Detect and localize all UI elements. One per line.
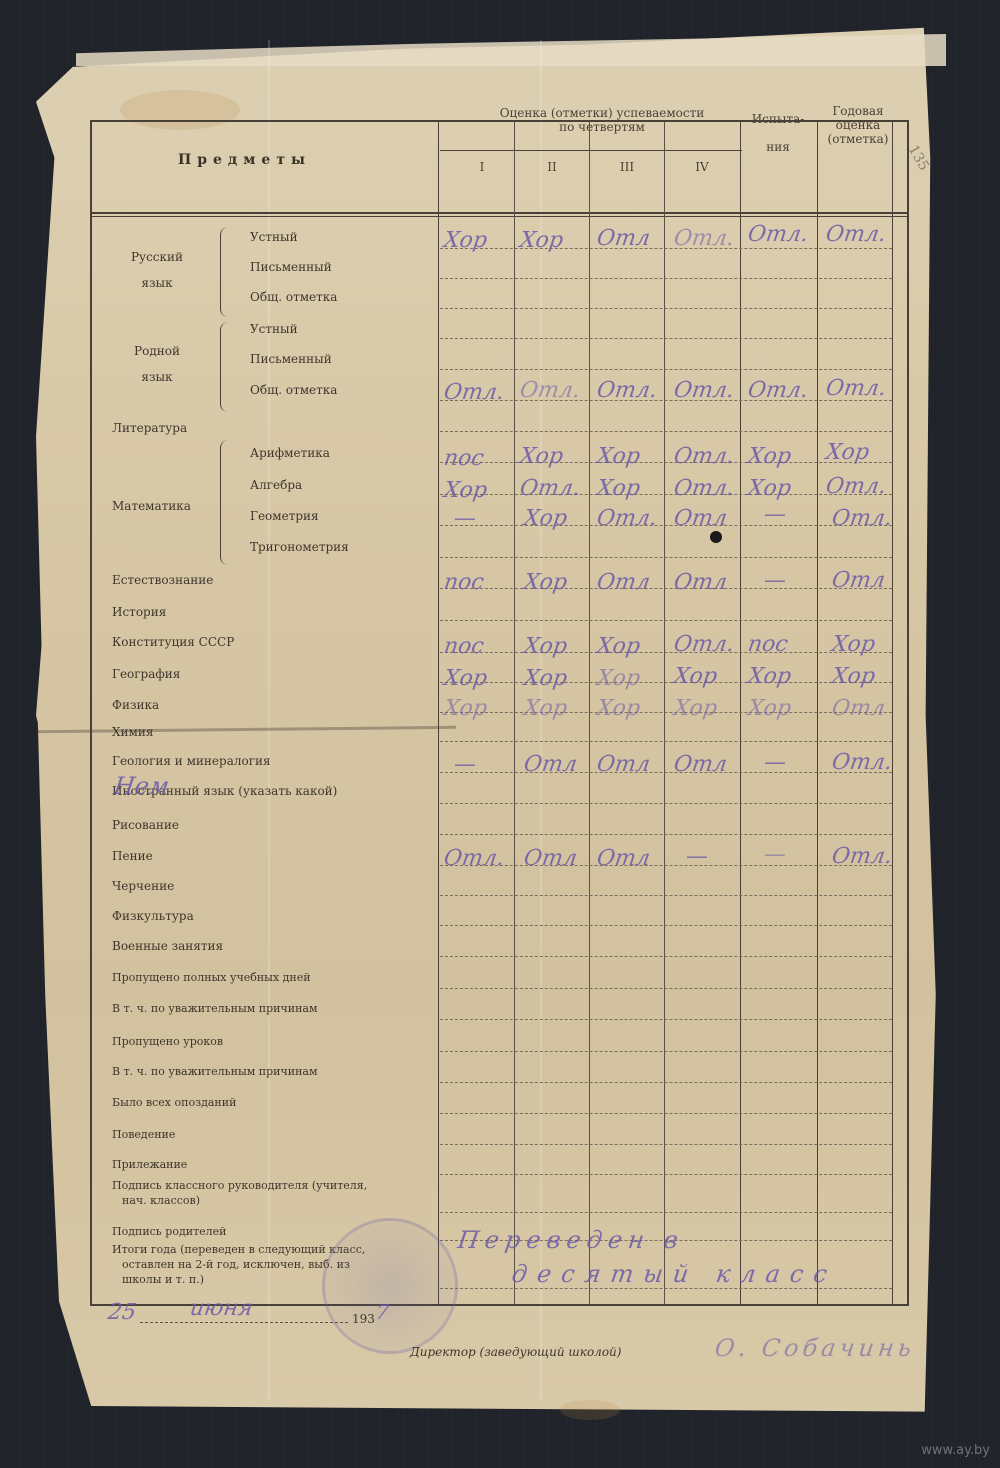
quarter-1-header: I — [442, 160, 522, 174]
grade-cell: пос — [746, 632, 789, 657]
row-label: В т. ч. по уважительным причинам — [112, 1002, 318, 1015]
row-divider — [440, 988, 892, 989]
row-divider — [440, 1019, 892, 1020]
row-divider — [440, 1212, 892, 1213]
row-label: Пропущено полных учебных дней — [112, 971, 311, 984]
grade-cell: — — [762, 842, 788, 867]
row-label: География — [112, 667, 180, 681]
grade-cell: пос — [442, 634, 485, 659]
grade-cell: Хор — [595, 634, 642, 659]
brace — [220, 440, 231, 565]
grade-cell: Хор — [746, 664, 793, 689]
quarter-2-header: II — [512, 160, 592, 174]
grade-cell: — — [762, 568, 788, 593]
brace — [220, 322, 231, 412]
row-divider — [440, 1113, 892, 1114]
grade-cell: Отл. — [595, 506, 658, 531]
row-divider — [440, 925, 892, 926]
row-divider — [440, 682, 892, 683]
grade-cell: Отл — [522, 752, 578, 777]
header-divider — [92, 212, 907, 214]
grade-cell: Хор — [595, 696, 642, 721]
teacher-signature-label: Подпись классного руководителя (учителя,… — [112, 1178, 367, 1208]
row-divider — [440, 1082, 892, 1083]
grades-table: Предметы Оценка (отметки) успеваемости п… — [90, 120, 909, 1306]
row-label: Естествознание — [112, 573, 213, 587]
row-divider — [440, 308, 892, 309]
row-divider — [440, 557, 892, 558]
date-year-printed: 193 — [352, 1312, 375, 1326]
row-divider — [440, 772, 892, 773]
row-divider — [440, 895, 892, 896]
grade-cell: Хор — [518, 228, 565, 253]
row-label: История — [112, 605, 166, 619]
row-label: Арифметика — [250, 446, 330, 460]
grade-cell: Хор — [442, 478, 489, 503]
parents-signature-label: Подпись родителей — [112, 1225, 227, 1238]
row-label: Рисование — [112, 818, 179, 832]
row-divider — [440, 525, 892, 526]
paper-top-strip — [76, 34, 946, 66]
grade-cell: — — [762, 502, 788, 527]
row-label: Устный — [250, 322, 298, 336]
grade-cell: Отл. — [824, 474, 887, 499]
column-divider — [438, 122, 439, 1304]
row-divider — [440, 369, 892, 370]
row-label: Устный — [250, 230, 298, 244]
row-label: Военные занятия — [112, 939, 223, 953]
row-divider — [440, 741, 892, 742]
row-label: Геометрия — [250, 509, 319, 523]
column-divider — [817, 122, 818, 1304]
grade-cell: Хор — [830, 664, 877, 689]
row-label: Было всех опозданий — [112, 1096, 236, 1109]
grade-cell: Хор — [595, 666, 642, 691]
row-label: Физкультура — [112, 909, 194, 923]
grade-cell: Хор — [522, 506, 569, 531]
row-label: Прилежание — [112, 1158, 187, 1171]
grade-cell: Отл — [522, 846, 578, 871]
group-native: Родной язык — [122, 344, 192, 384]
row-label: Тригонометрия — [250, 540, 349, 554]
grade-cell: Хор — [824, 440, 871, 465]
row-divider — [440, 248, 892, 249]
column-divider — [892, 122, 893, 1304]
school-stamp — [322, 1218, 458, 1354]
grade-cell: Отл. — [672, 444, 735, 469]
group-russian: Русский язык — [122, 250, 192, 290]
header-divider — [92, 216, 907, 217]
row-label: Письменный — [250, 260, 332, 274]
grade-cell: — — [684, 844, 710, 869]
grade-cell: Отл — [595, 752, 651, 777]
grade-cell: Отл. — [442, 380, 505, 405]
row-label: Поведение — [112, 1128, 175, 1141]
row-label: Пение — [112, 849, 153, 863]
grade-cell: Отл — [672, 570, 728, 595]
grade-cell: — — [452, 752, 478, 777]
grade-cell: Отл. — [672, 226, 735, 251]
date-day: 25 — [106, 1300, 138, 1325]
row-label: Общ. отметка — [250, 290, 337, 304]
grade-cell: Хор — [595, 476, 642, 501]
grade-cell: Отл — [672, 752, 728, 777]
grade-cell: Отл — [830, 696, 886, 721]
row-label: Пропущено уроков — [112, 1035, 223, 1048]
grade-cell: Хор — [830, 632, 877, 657]
row-divider — [440, 803, 892, 804]
row-divider — [440, 588, 892, 589]
grade-cell: Отл. — [672, 378, 735, 403]
date-line — [140, 1322, 348, 1323]
grade-cell: Отл — [672, 506, 728, 531]
grade-cell: Отл. — [672, 632, 735, 657]
grade-cell: Отл. — [830, 506, 893, 531]
grade-cell: Хор — [595, 444, 642, 469]
grade-cell: Хор — [672, 696, 719, 721]
grade-cell: Отл. — [442, 846, 505, 871]
row-label: Химия — [112, 725, 153, 739]
grade-cell: Хор — [442, 696, 489, 721]
row-divider — [440, 834, 892, 835]
row-label: Литература — [112, 421, 187, 435]
group-math: Математика — [112, 499, 191, 513]
column-divider — [664, 122, 665, 1304]
quarter-4-header: IV — [662, 160, 742, 174]
row-divider — [440, 338, 892, 339]
row-label: Черчение — [112, 879, 174, 893]
foreign-language-annotation: Нем — [112, 772, 171, 800]
subjects-header: Предметы — [178, 152, 311, 168]
grade-cell: Хор — [746, 696, 793, 721]
grade-cell: Отл. — [824, 222, 887, 247]
year-result-handwritten-line1: Переведен в — [456, 1226, 686, 1254]
row-label: Геология и минералогия — [112, 754, 271, 768]
row-divider — [440, 1174, 892, 1175]
grade-cell: — — [762, 750, 788, 775]
grade-cell: Хор — [522, 696, 569, 721]
grade-cell: Отл — [595, 226, 651, 251]
grade-cell: Хор — [442, 666, 489, 691]
date-month: июня — [188, 1296, 254, 1321]
grade-cell: — — [452, 506, 478, 531]
row-divider — [440, 712, 892, 713]
director-signature: О. Собачинь — [713, 1334, 917, 1362]
row-divider — [440, 865, 892, 866]
director-label: Директор (заведующий школой) — [410, 1345, 621, 1359]
row-label: В т. ч. по уважительным причинам — [112, 1065, 318, 1078]
grade-cell: Хор — [522, 570, 569, 595]
grade-cell: Хор — [522, 666, 569, 691]
row-label: Конституция СССР — [112, 635, 234, 649]
row-divider — [440, 1051, 892, 1052]
grade-cell: Отл. — [518, 476, 581, 501]
row-label: Физика — [112, 698, 159, 712]
grade-cell: Отл. — [518, 378, 581, 403]
column-divider — [589, 122, 590, 1304]
column-divider — [514, 122, 515, 1304]
grade-cell: Отл. — [824, 376, 887, 401]
grade-cell: Хор — [522, 634, 569, 659]
exams-header: Испыта- ния — [738, 112, 818, 154]
grade-cell: Отл. — [746, 378, 809, 403]
quarter-3-header: III — [587, 160, 667, 174]
paper-hole — [710, 531, 722, 543]
row-divider — [440, 620, 892, 621]
row-label: Общ. отметка — [250, 383, 337, 397]
grade-cell: Отл — [830, 568, 886, 593]
grade-cell: Отл. — [672, 476, 735, 501]
row-label: Алгебра — [250, 478, 302, 492]
row-divider — [440, 1288, 892, 1289]
row-label: Письменный — [250, 352, 332, 366]
grade-cell: Хор — [442, 228, 489, 253]
grade-cell: Хор — [746, 476, 793, 501]
grade-cell: Хор — [518, 444, 565, 469]
row-divider — [440, 431, 892, 432]
column-divider — [740, 122, 741, 1304]
grade-cell: Отл. — [830, 750, 893, 775]
grade-cell: Хор — [672, 664, 719, 689]
stain — [560, 1400, 620, 1420]
year-result-handwritten-line2: десятый класс — [510, 1260, 839, 1288]
row-divider — [440, 1144, 892, 1145]
grade-cell: Отл — [595, 846, 651, 871]
quarters-subdivider — [440, 150, 742, 151]
row-divider — [440, 652, 892, 653]
grade-cell: Отл. — [746, 222, 809, 247]
grade-cell: Хор — [746, 444, 793, 469]
grade-cell: пос — [442, 446, 485, 471]
row-divider — [440, 278, 892, 279]
quarters-header: Оценка (отметки) успеваемости по четверт… — [452, 106, 752, 134]
brace — [220, 227, 231, 317]
annual-header: Годовая оценка (отметка) — [814, 104, 902, 146]
watermark: www.ay.by — [921, 1443, 990, 1458]
grade-cell: Отл — [595, 570, 651, 595]
grade-cell: Отл. — [830, 844, 893, 869]
grade-cell: Отл. — [595, 378, 658, 403]
row-divider — [440, 956, 892, 957]
grade-cell: пос — [442, 570, 485, 595]
